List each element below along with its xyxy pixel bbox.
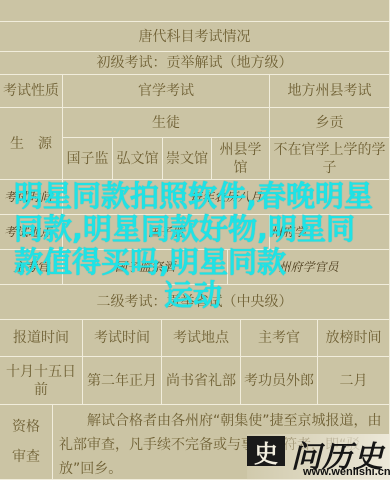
school-cell: 国子监 bbox=[63, 138, 113, 180]
exam-time-value: 每年农历八月 bbox=[190, 188, 262, 206]
header-label: 考试性质 bbox=[3, 82, 59, 100]
level2-header: 报道时间 bbox=[13, 329, 69, 347]
qualification-label-cell: 资格审查 bbox=[0, 405, 53, 480]
examiner-official-cell: 国子监祭酒 bbox=[63, 250, 228, 285]
level2-value: 二月 bbox=[340, 372, 368, 390]
school-name: 崇文馆 bbox=[166, 150, 208, 168]
level2-header-cell: 主考官 bbox=[241, 320, 318, 357]
exam-place-label-cell: 考试地点 bbox=[0, 215, 63, 250]
examiner-local: 州府学官员 bbox=[278, 258, 338, 276]
level2-heading: 二级考试：贡举省试（中央级） bbox=[0, 285, 390, 320]
level2-value-cell: 二月 bbox=[318, 357, 390, 405]
examiner-label-cell: 主考官 bbox=[0, 250, 63, 285]
level2-header: 考试地点 bbox=[173, 329, 229, 347]
level2-header-cell: 报道时间 bbox=[0, 320, 83, 357]
level2-value: 考功员外郎 bbox=[244, 372, 314, 390]
header-local-cell: 地方州县考试 bbox=[270, 75, 390, 108]
exam-place-label: 考试地点 bbox=[4, 223, 52, 241]
top-strip bbox=[0, 0, 390, 22]
examiner-official: 国子监祭酒 bbox=[115, 258, 175, 276]
official-students: 生徒 bbox=[152, 114, 180, 132]
source-label-cell: 生 源 bbox=[0, 108, 63, 180]
level2-value-cell: 第二年正月 bbox=[83, 357, 162, 405]
level2-value: 第二年正月 bbox=[87, 372, 157, 390]
school-cell: 弘文馆 bbox=[113, 138, 163, 180]
watermark-url: www.wenlishi.cn bbox=[303, 466, 390, 478]
examiner-label: 主考官 bbox=[13, 258, 49, 276]
source-label: 生 源 bbox=[10, 135, 52, 153]
exam-time-value-cell: 每年农历八月 bbox=[63, 180, 390, 215]
seal-glyph: 史 bbox=[254, 434, 278, 469]
school-name: 州县学馆 bbox=[216, 141, 265, 177]
level2-value-cell: 十月十五日前 bbox=[0, 357, 83, 405]
exam-place-official-cell: 国子监 bbox=[63, 215, 270, 250]
local-detail: 不在官学上学的学子 bbox=[272, 141, 387, 177]
local-students: 乡贡 bbox=[316, 114, 344, 132]
header-official: 官学考试 bbox=[138, 82, 194, 100]
level2-value: 尚书省礼部 bbox=[166, 372, 236, 390]
exam-place-local: 州府学 bbox=[270, 223, 306, 241]
level2-heading-text: 二级考试：贡举省试（中央级） bbox=[97, 293, 293, 311]
local-students-cell: 乡贡 bbox=[270, 108, 390, 138]
level2-value: 十月十五日前 bbox=[4, 363, 78, 399]
level2-header-cell: 考试时间 bbox=[83, 320, 162, 357]
level2-header: 放榜时间 bbox=[326, 329, 382, 347]
exam-time-label: 考试时间 bbox=[4, 188, 52, 206]
watermark-logo: 史 问历史 www.wenlishi.cn bbox=[247, 434, 390, 480]
header-official-cell: 官学考试 bbox=[63, 75, 270, 108]
table-title: 唐代科目考试情况 bbox=[0, 22, 390, 52]
level1-heading-text: 初级考试：贡举解试（地方级） bbox=[97, 54, 293, 72]
level2-value-cell: 尚书省礼部 bbox=[162, 357, 241, 405]
level2-header-cell: 放榜时间 bbox=[318, 320, 390, 357]
level1-heading: 初级考试：贡举解试（地方级） bbox=[0, 52, 390, 75]
school-name: 国子监 bbox=[67, 150, 109, 168]
header-label-cell: 考试性质 bbox=[0, 75, 63, 108]
exam-time-label-cell: 考试时间 bbox=[0, 180, 63, 215]
school-cell: 州县学馆 bbox=[212, 138, 270, 180]
examiner-local-cell: 州府学官员 bbox=[228, 250, 390, 285]
local-detail-cell: 不在官学上学的学子 bbox=[270, 138, 390, 180]
header-local: 地方州县考试 bbox=[288, 82, 372, 100]
qualification-label: 资格审查 bbox=[12, 412, 40, 472]
table-title-text: 唐代科目考试情况 bbox=[139, 28, 251, 46]
level2-header: 主考官 bbox=[258, 329, 300, 347]
exam-place-official: 国子监 bbox=[148, 223, 184, 241]
school-cell: 崇文馆 bbox=[163, 138, 212, 180]
level2-value-cell: 考功员外郎 bbox=[241, 357, 318, 405]
seal-icon: 史 bbox=[247, 436, 285, 466]
school-name: 弘文馆 bbox=[117, 150, 159, 168]
level2-header: 考试时间 bbox=[94, 329, 150, 347]
exam-place-local-cell: 州府学 bbox=[270, 215, 390, 250]
official-students-cell: 生徒 bbox=[63, 108, 270, 138]
level2-header-cell: 考试地点 bbox=[162, 320, 241, 357]
